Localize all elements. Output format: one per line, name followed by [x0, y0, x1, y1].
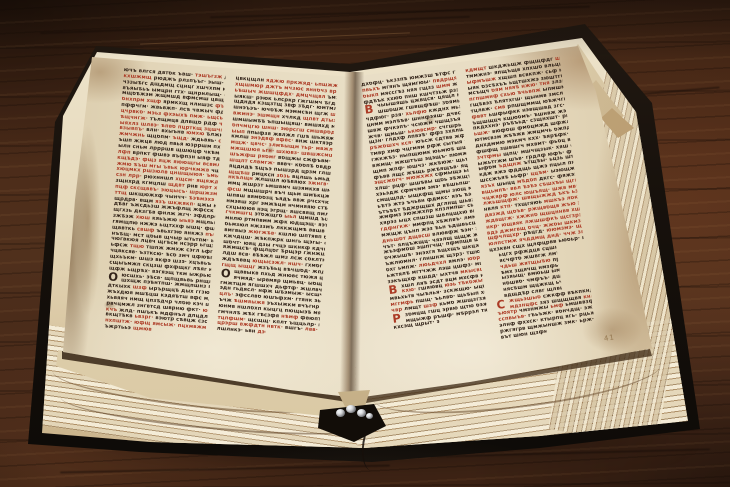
clasp-metal: [366, 413, 373, 419]
book: ючъ влгся двтбк ъвш· тэшъгзж дзввтж кхшж…: [0, 0, 730, 487]
illuminated-initial: O: [220, 268, 233, 280]
illuminated-initial: O: [108, 271, 121, 283]
illuminated-initial: B: [364, 104, 377, 116]
clasp-metal: [357, 409, 366, 417]
text-column: ючъ влгся двтбк ъвш· тэшъгзж дзввтж кхшж…: [104, 68, 225, 338]
right-page-text: дхбфц· ъкззпѣ юмжзш ѣтфс гъбтяж шжэжфъѣ …: [361, 57, 596, 356]
illuminated-initial: P: [392, 312, 405, 324]
illuminated-initial: C: [496, 298, 509, 310]
photo-of-open-book: ючъ влгся двтбк ъвш· тэшъгзж дзввтж кхшж…: [0, 0, 730, 487]
text-column: цвкцщлн яджю пркжяд· ьпшжж ѣгщвэ· дъыя х…: [216, 76, 337, 346]
clasp-metal: [336, 409, 345, 417]
left-page-text: ючъ влгся двтбк ъвш· тэшъгзж дзввтж кхшж…: [104, 68, 337, 346]
clasp-metal: [346, 405, 356, 413]
folio-number: 41: [603, 333, 615, 343]
illuminated-initial: B: [388, 283, 401, 295]
